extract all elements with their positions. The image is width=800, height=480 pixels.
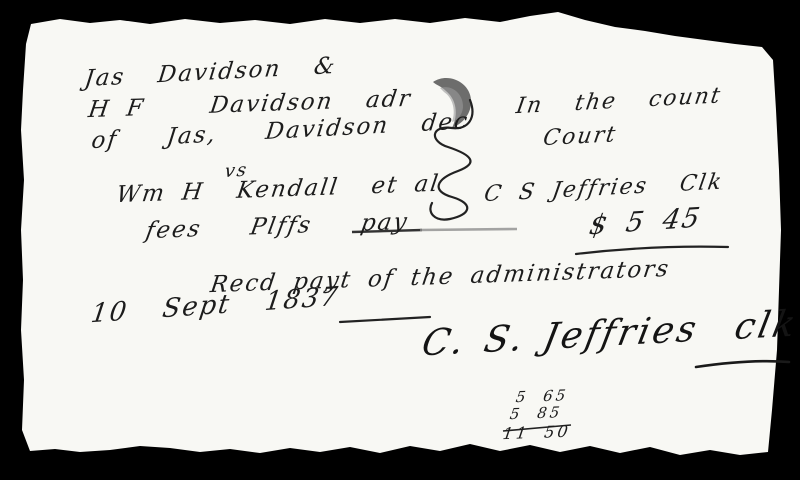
calc-total: 11 50 — [502, 424, 572, 442]
court-line-2: Court — [541, 124, 618, 150]
calc-amount-2: 5 85 — [509, 405, 563, 422]
scanned-document: Jas Davidson & H F Davidson adr of Jas, … — [0, 0, 800, 480]
fees-dash-faded — [420, 229, 517, 230]
amount-value: $ 5 45 — [587, 204, 703, 239]
